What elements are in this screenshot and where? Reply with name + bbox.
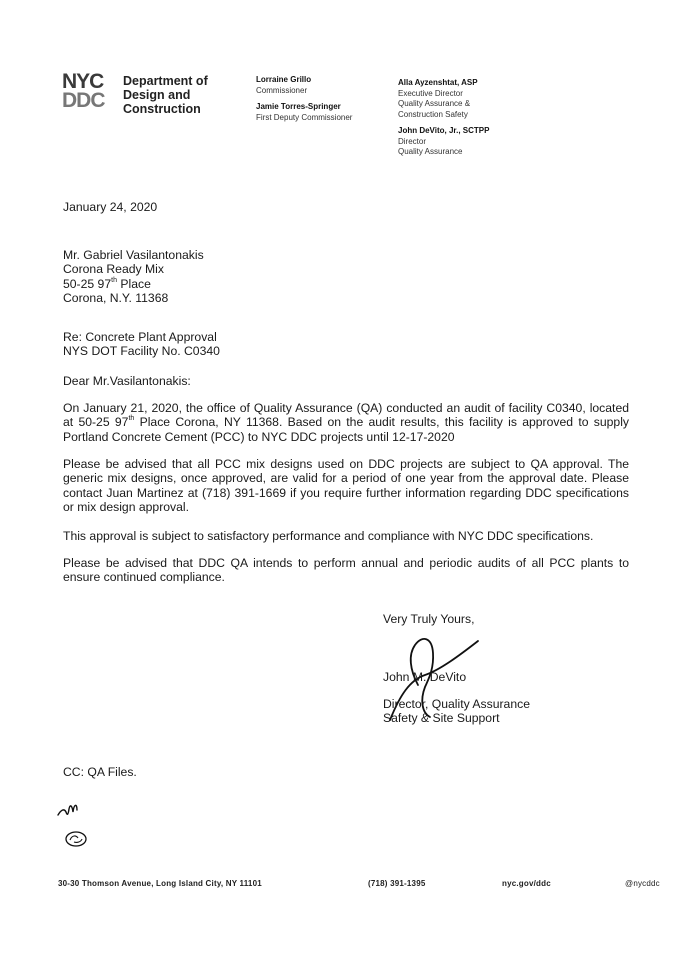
subject-facility: NYS DOT Facility No. C0340 bbox=[63, 344, 220, 358]
nyc-ddc-logo: NYC DDC bbox=[62, 72, 118, 114]
department-line: Construction bbox=[123, 102, 208, 116]
recipient-company: Corona Ready Mix bbox=[63, 262, 204, 276]
official-title: First Deputy Commissioner bbox=[256, 113, 352, 124]
recipient-address: Mr. Gabriel Vasilantonakis Corona Ready … bbox=[63, 248, 204, 306]
signer-title-line: Safety & Site Support bbox=[383, 711, 530, 725]
cc-line: CC: QA Files. bbox=[63, 765, 137, 779]
footer-phone: (718) 391-1395 bbox=[368, 879, 426, 888]
officials-right: Alla Ayzenshtat, ASP Executive Director … bbox=[398, 78, 489, 158]
paragraph-mix-designs: Please be advised that all PCC mix desig… bbox=[63, 457, 629, 515]
paragraph-audit: On January 21, 2020, the office of Quali… bbox=[63, 401, 629, 444]
department-line: Design and bbox=[123, 88, 208, 102]
official-name: Lorraine Grillo bbox=[256, 75, 311, 84]
recipient-name: Mr. Gabriel Vasilantonakis bbox=[63, 248, 204, 262]
subject-title: Re: Concrete Plant Approval bbox=[63, 330, 220, 344]
signer-title-line: Director, Quality Assurance bbox=[383, 697, 530, 711]
subject-line: Re: Concrete Plant Approval NYS DOT Faci… bbox=[63, 330, 220, 359]
official-name: Alla Ayzenshtat, ASP bbox=[398, 78, 478, 87]
official-title: Director bbox=[398, 137, 489, 148]
footer-website[interactable]: nyc.gov/ddc bbox=[502, 879, 551, 888]
logo-ddc: DDC bbox=[62, 91, 118, 110]
official-title: Executive Director bbox=[398, 89, 489, 100]
recipient-street: 50-25 97th Place bbox=[63, 277, 204, 291]
footer-social[interactable]: @nycddc bbox=[625, 879, 660, 888]
official-title: Construction Safety bbox=[398, 110, 489, 121]
recycle-stamp-icon bbox=[64, 830, 88, 848]
official-title: Commissioner bbox=[256, 86, 352, 97]
paragraph-audits: Please be advised that DDC QA intends to… bbox=[63, 556, 629, 585]
footer-address: 30-30 Thomson Avenue, Long Island City, … bbox=[58, 879, 262, 888]
salutation: Dear Mr.Vasilantonakis: bbox=[63, 374, 191, 388]
officials-left: Lorraine Grillo Commissioner Jamie Torre… bbox=[256, 75, 352, 123]
official-title: Quality Assurance & bbox=[398, 99, 489, 110]
department-name: Department of Design and Construction bbox=[123, 74, 208, 116]
official-title: Quality Assurance bbox=[398, 147, 489, 158]
signer-title: Director, Quality Assurance Safety & Sit… bbox=[383, 697, 530, 726]
initials-mark bbox=[55, 800, 85, 820]
official-name: John DeVito, Jr., SCTPP bbox=[398, 126, 489, 135]
letter-date: January 24, 2020 bbox=[63, 200, 157, 214]
recipient-city: Corona, N.Y. 11368 bbox=[63, 291, 204, 305]
department-line: Department of bbox=[123, 74, 208, 88]
paragraph-compliance: This approval is subject to satisfactory… bbox=[63, 529, 629, 543]
official-name: Jamie Torres-Springer bbox=[256, 102, 341, 111]
signer-name: John M. DeVito bbox=[383, 670, 466, 684]
